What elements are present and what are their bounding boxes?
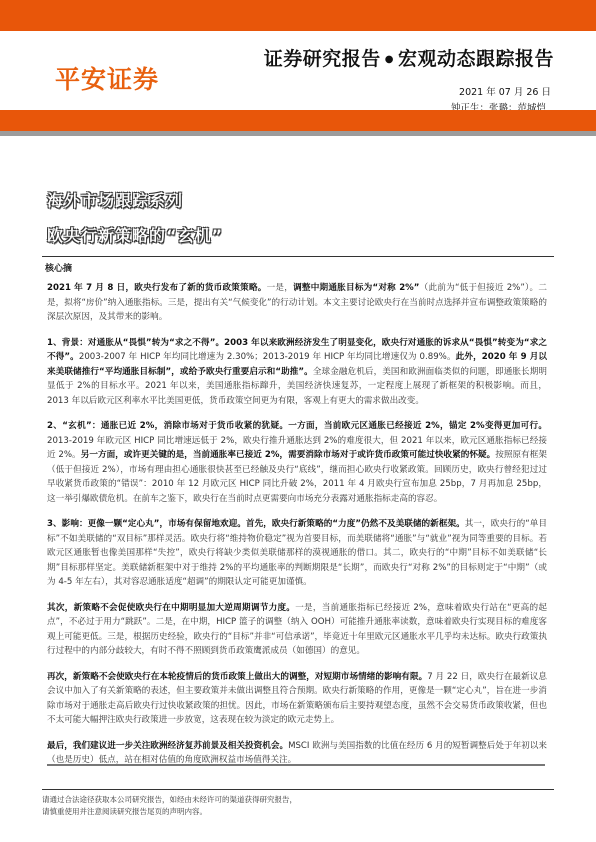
paragraph-text: 其一，欧央行的“单目标”不如美联储的“双目标”那样灵活。欧央行将“维持物价稳定”… xyxy=(47,519,547,587)
footer-disclaimer: 请通过合法途径获取本公司研究报告，如经由未经许可的渠道获得研究报告， 请慎重使用… xyxy=(42,794,297,818)
brand-logo: 平安证券 xyxy=(55,60,159,96)
header-bottom-band xyxy=(0,110,596,131)
header-top-band xyxy=(0,0,596,31)
article-title: 欧央行新策略的“玄机” xyxy=(47,223,223,246)
paragraph-lead-bold: 再次，新策略不会使欧央行在本轮疫情后的货币政策上做出大的调整，对短期市场情绪的影… xyxy=(47,672,427,682)
footer-line: 请通过合法途径获取本公司研究报告，如经由未经许可的渠道获得研究报告， xyxy=(42,794,297,806)
abstract-label: 核心摘 xyxy=(45,261,72,274)
abstract-paragraph: 2、“玄机”：通胀已近 2%，消除市场对于货币收紧的犹疑。一方面，当前欧元区通胀… xyxy=(47,419,547,506)
paragraph-bold: 另一方面，或许更关键的是，当前通胀率已接近 2%，需要消除市场对于或许货币政策可… xyxy=(81,450,496,460)
separator-dot-icon: ● xyxy=(385,54,394,65)
header-grey-strip xyxy=(0,131,596,136)
abstract-body: 2021 年 7 月 8 日，欧央行发布了新的货币政策策略。一是，调整中期通胀目… xyxy=(47,281,547,779)
report-title: 证券研究报告●宏观动态跟踪报告 xyxy=(264,44,554,71)
abstract-paragraph: 其次，新策略不会促使欧央行在中期明显加大逆周期调节力度。一是，当前通胀指标已经接… xyxy=(47,601,547,659)
paragraph-lead-bold: 2、“玄机”：通胀已近 2%，消除市场对于货币收紧的犹疑。一方面，当前欧元区通胀… xyxy=(47,421,547,431)
abstract-paragraph: 再次，新策略不会使欧央行在本轮疫情后的货币政策上做出大的调整，对短期市场情绪的影… xyxy=(47,670,547,728)
report-subtype: 宏观动态跟踪报告 xyxy=(398,48,554,70)
paragraph-lead-bold: 2021 年 7 月 8 日，欧央行发布了新的货币政策策略。 xyxy=(47,283,267,293)
footer-divider xyxy=(42,789,554,790)
paragraph-lead-bold: 最后，我们建议进一步关注欧洲经济复苏前景及相关投资机会。 xyxy=(47,741,288,751)
paragraph-lead-bold: 其次，新策略不会促使欧央行在中期明显加大逆周期调节力度。 xyxy=(47,603,295,613)
paragraph-lead-bold: 3、影响：更像一颗“定心丸”，市场有保留地欢迎。首先，欧央行新策略的“力度”仍然… xyxy=(47,519,465,529)
abstract-paragraph: 1、背景：对通胀从“畏惧”转为“求之不得”。2003 年以来欧洲经济发生了明显变… xyxy=(47,336,547,409)
abstract-paragraph: 3、影响：更像一颗“定心丸”，市场有保留地欢迎。首先，欧央行新策略的“力度”仍然… xyxy=(47,517,547,590)
report-type: 证券研究报告 xyxy=(264,48,381,70)
report-date: 2021 年 07 月 26 日 xyxy=(459,84,551,98)
paragraph-text: 2003-2007 年 HICP 年均同比增速为 2.30%；2013-2019… xyxy=(79,352,456,362)
title-divider xyxy=(42,256,554,257)
paragraph-text: 一是， xyxy=(267,283,293,293)
abstract-paragraph: 2021 年 7 月 8 日，欧央行发布了新的货币政策策略。一是，调整中期通胀目… xyxy=(47,281,547,325)
abstract-end-divider xyxy=(47,764,545,766)
series-title: 海外市场跟踪系列 xyxy=(47,188,183,211)
paragraph-bold: 调整中期通胀目标为“对称 2%” xyxy=(293,283,419,293)
footer-line: 请慎重使用并注意阅读研究报告尾页的声明内容。 xyxy=(42,806,297,818)
